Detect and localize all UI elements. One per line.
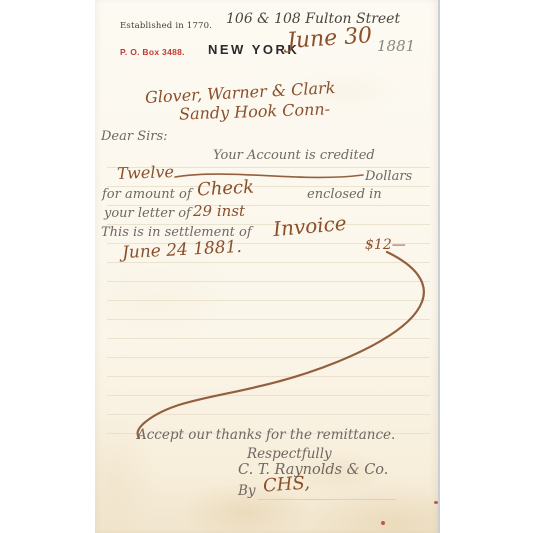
red-speck [434, 501, 438, 504]
red-speck [381, 521, 385, 525]
established-text: Established in 1770. [120, 21, 212, 31]
letter-of-label: your letter of [104, 206, 191, 221]
handwritten-date-day: June 30 [286, 23, 373, 54]
street-address: 106 & 108 Fulton Street [226, 11, 400, 27]
signature-underline [258, 499, 396, 500]
by-label: By [238, 483, 256, 499]
letter-date: 29 inst [193, 202, 245, 220]
dollars-label: Dollars [365, 169, 412, 184]
city-name: NEW YORK [208, 42, 299, 57]
thanks-line: Accept our thanks for the remittance. [137, 427, 395, 443]
for-amount-label: for amount of [102, 187, 192, 202]
amount-in-words: Twelve [117, 162, 175, 183]
recipient-location: Sandy Hook Conn- [179, 99, 331, 123]
company-signature: C. T. Raynolds & Co. [238, 462, 388, 478]
salutation: Dear Sirs: [101, 129, 168, 144]
signer-initials: CHS, [262, 472, 310, 496]
date-year: 1881 [377, 37, 415, 55]
enclosed-label: enclosed in [307, 187, 382, 202]
respectfully-line: Respectfully [247, 446, 332, 462]
check-word: Check [196, 177, 254, 201]
po-box-text: P. O. Box 3488. [120, 47, 185, 57]
amount-figure: $12— [365, 237, 406, 253]
letter-paper: Established in 1770. P. O. Box 3488. 106… [95, 0, 440, 533]
credited-line: Your Account is credited [213, 148, 375, 163]
